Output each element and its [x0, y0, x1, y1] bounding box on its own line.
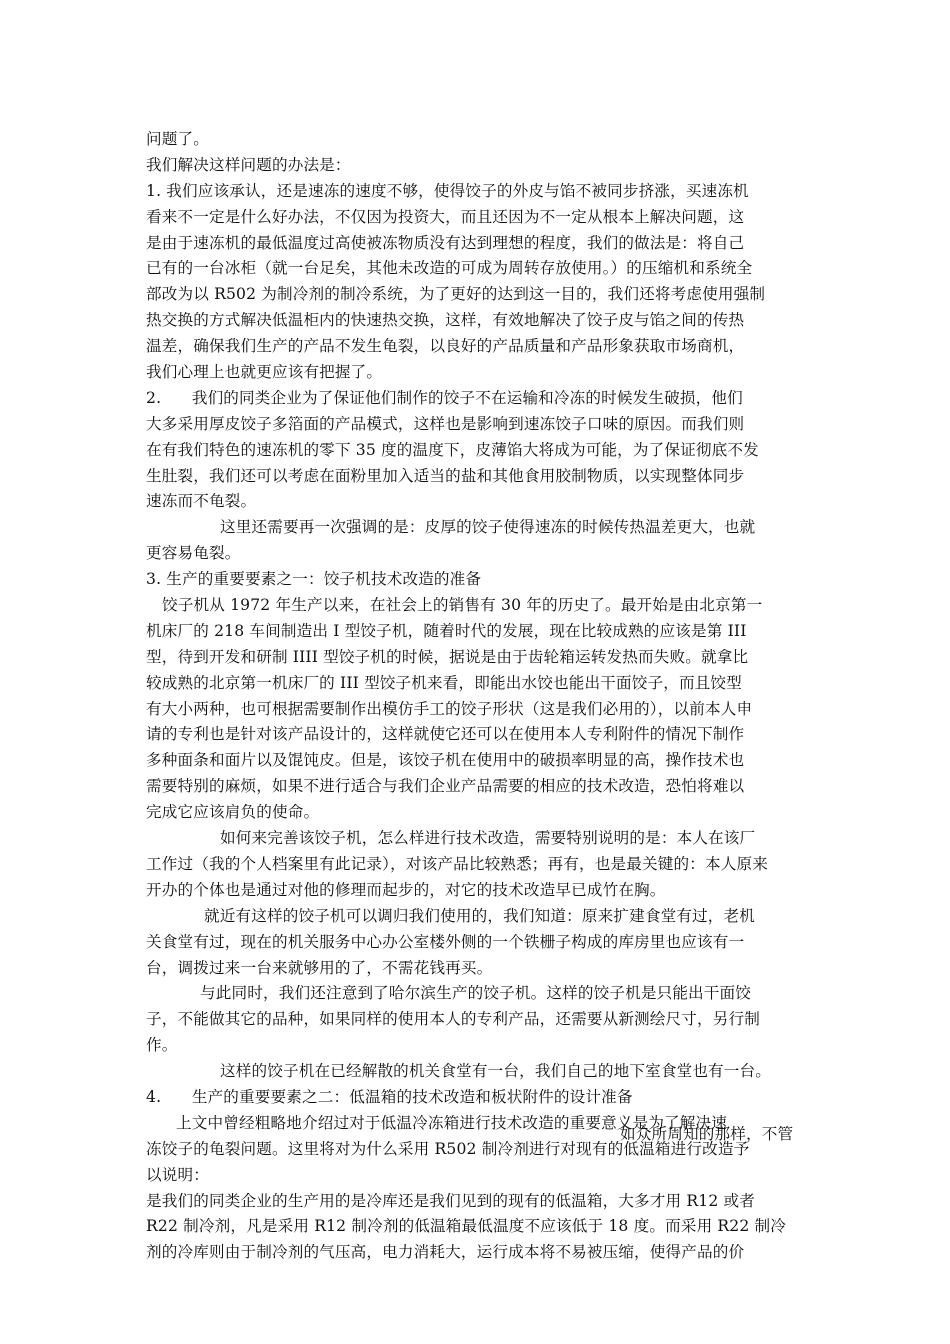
text-line: 多种面条和面片以及馄饨皮。但是，该饺子机在使用中的破损率明显的高，操作技术也	[146, 748, 808, 774]
text-line: 作。	[146, 1033, 808, 1059]
text-line: 就近有这样的饺子机可以调归我们使用的，我们知道：原来扩建食堂有过，老机	[146, 904, 808, 930]
text-line: 温差，确保我们生产的产品不发生龟裂，以良好的产品质量和产品形象获取市场商机，	[146, 334, 808, 360]
section-heading-4: 4. 生产的重要要素之二：低温箱的技术改造和板状附件的设计准备	[146, 1085, 808, 1111]
text-line: 是我们的同类企业的生产用的是冷库还是我们见到的现有的低温箱，大多才用 R12 或…	[146, 1189, 808, 1215]
list-item-1: 1. 我们应该承认，还是速冻的速度不够，使得饺子的外皮与馅不被同步挤涨，买速冻机	[146, 179, 808, 205]
text-line: 速冻而不龟裂。	[146, 489, 808, 515]
text-line: 以说明：	[146, 1163, 808, 1189]
text-line: 更容易龟裂。	[146, 541, 808, 567]
text-line: 请的专利也是针对该产品设计的，这样就使它还可以在使用本人专利附件的情况下制作	[146, 722, 808, 748]
text-line: 与此同时，我们还注意到了哈尔滨生产的饺子机。这样的饺子机是只能出干面饺	[146, 981, 808, 1007]
text-line: 已有的一台冰柜（就一台足矣，其他未改造的可成为周转存放使用。）的压缩机和系统全	[146, 256, 808, 282]
text-line: 是由于速冻机的最低温度过高使被冻物质没有达到理想的程度，我们的做法是：将自己	[146, 231, 808, 257]
text-line: 大多采用厚皮饺子多箔面的产品模式，这样也是影响到速冻饺子口味的原因。而我们则	[146, 412, 808, 438]
text-line: 如何来完善该饺子机，怎么样进行技术改造，需要特别说明的是：本人在该厂	[146, 826, 808, 852]
text-line: 需要特别的麻烦，如果不进行适合与我们企业产品需要的相应的技术改造，恐怕将难以	[146, 774, 808, 800]
text-line: 较成熟的北京第一机床厂的 III 型饺子机来看，即能出水饺也能出干面饺子，而且饺…	[146, 671, 808, 697]
text-line: 生肚裂，我们还可以考虑在面粉里加入适当的盐和其他食用胶制物质，以实现整体同步	[146, 464, 808, 490]
document-page: 问题了。 我们解决这样问题的办法是： 1. 我们应该承认，还是速冻的速度不够，使…	[146, 127, 808, 1266]
text-line: 我们心理上也就更应该有把握了。	[146, 360, 808, 386]
text-line: 这里还需要再一次强调的是：皮厚的饺子使得速冻的时候传热温差更大，也就	[146, 515, 808, 541]
list-item-2: 2. 我们的同类企业为了保证他们制作的饺子不在运输和冷冻的时候发生破损，他们	[146, 386, 808, 412]
text-line: 这样的饺子机在已经解散的机关食堂有一台，我们自己的地下室食堂也有一台。	[146, 1059, 808, 1085]
text-line: 台，调拨过来一台来就够用的了，不需花钱再买。	[146, 956, 808, 982]
text-line: 热交换的方式解决低温柜内的快速热交换，这样，有效地解决了饺子皮与馅之间的传热	[146, 308, 808, 334]
text-line-right-fragment: 如众所周知的那样，不管	[620, 1122, 793, 1148]
text-line: 型，待到开发和研制 IIII 型饺子机的时候，据说是由于齿轮箱运转发热而失败。就…	[146, 645, 808, 671]
text-line: 问题了。	[146, 127, 808, 153]
text-line: 有大小两种，也可根据需要制作出模仿手工的饺子形状（这是我们必用的），以前本人申	[146, 697, 808, 723]
text-line: 部改为以 R502 为制冷剂的制冷系统，为了更好的达到这一目的，我们还将考虑使用…	[146, 282, 808, 308]
text-line: 关食堂有过，现在的机关服务中心办公室楼外侧的一个铁栅子构成的库房里也应该有一	[146, 930, 808, 956]
text-line: 在有我们特色的速冻机的零下 35 度的温度下，皮薄馅大将成为可能，为了保证彻底不…	[146, 438, 808, 464]
text-line: 开办的个体也是通过对他的修理而起步的，对它的技术改造早已成竹在胸。	[146, 878, 808, 904]
text-line: 完成它应该肩负的使命。	[146, 800, 808, 826]
text-line: 饺子机从 1972 年生产以来，在社会上的销售有 30 年的历史了。最开始是由北…	[146, 593, 808, 619]
text-line: 子，不能做其它的品种，如果同样的使用本人的专利产品，还需要从新测绘尺寸，另行制	[146, 1007, 808, 1033]
text-line: 剂的冷库则由于制冷剂的气压高，电力消耗大，运行成本将不易被压缩，使得产品的价	[146, 1240, 808, 1266]
section-heading-3: 3. 生产的重要要素之一：饺子机技术改造的准备	[146, 567, 808, 593]
text-line: 工作过（我的个人档案里有此记录），对该产品比较熟悉；再有，也是最关键的：本人原来	[146, 852, 808, 878]
text-line: 我们解决这样问题的办法是：	[146, 153, 808, 179]
text-line: 机床厂的 218 车间制造出 I 型饺子机，随着时代的发展，现在比较成熟的应该是…	[146, 619, 808, 645]
text-line: R22 制冷剂，凡是采用 R12 制冷剂的低温箱最低温度不应该低于 18 度。而…	[146, 1214, 808, 1240]
text-line: 看来不一定是什么好办法，不仅因为投资大，而且还因为不一定从根本上解决问题，这	[146, 205, 808, 231]
